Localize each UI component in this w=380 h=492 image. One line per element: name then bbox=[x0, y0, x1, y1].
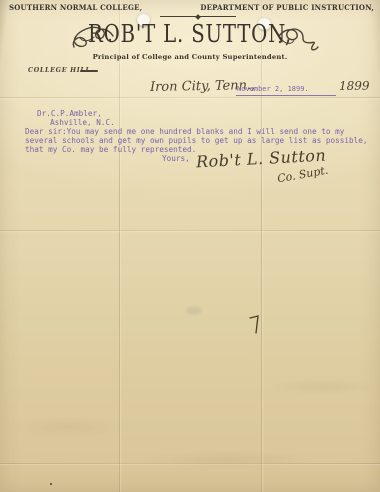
diamond-ornament-icon bbox=[195, 14, 201, 20]
body-line: Dear sir:You may send me one hundred bla… bbox=[25, 127, 344, 136]
dateline-printed-year: 1899 bbox=[339, 79, 370, 93]
institution-name-left: SOUTHERN NORMAL COLLEGE, bbox=[9, 3, 142, 12]
fold-line-vertical bbox=[119, 0, 120, 492]
stain-smudge bbox=[186, 306, 202, 315]
fold-line-horizontal bbox=[0, 463, 380, 464]
paper-wrinkle-texture bbox=[0, 330, 380, 492]
masthead-role: Principal of College and County Superint… bbox=[0, 53, 380, 61]
recipient-city: Ashville, N.C. bbox=[50, 118, 115, 127]
college-hill-dash bbox=[80, 70, 98, 72]
ink-speck bbox=[50, 483, 52, 485]
dateline-typed-date: November 2, 1899. bbox=[237, 85, 309, 93]
closing-word: Yours, bbox=[162, 154, 190, 163]
dateline-underline bbox=[236, 95, 336, 96]
institution-name-right: DEPARTMENT OF PUBLIC INSTRUCTION, bbox=[200, 3, 374, 12]
fold-line-vertical bbox=[261, 0, 262, 492]
flourish-right-icon bbox=[276, 26, 320, 56]
scanned-letter-page: SOUTHERN NORMAL COLLEGE, DEPARTMENT OF P… bbox=[0, 0, 380, 492]
recipient-name: Dr.C.P.Ambler, bbox=[37, 109, 102, 118]
body-line: that my Co. may be fully represented. bbox=[25, 145, 196, 154]
fold-line-horizontal bbox=[0, 97, 380, 98]
body-line: several schools and get my own pupils to… bbox=[25, 136, 368, 145]
ornamental-rule bbox=[160, 16, 236, 17]
handwritten-signature-title: Co. Supt. bbox=[276, 164, 329, 186]
ink-mark bbox=[248, 314, 264, 336]
fold-line-horizontal bbox=[0, 230, 380, 231]
